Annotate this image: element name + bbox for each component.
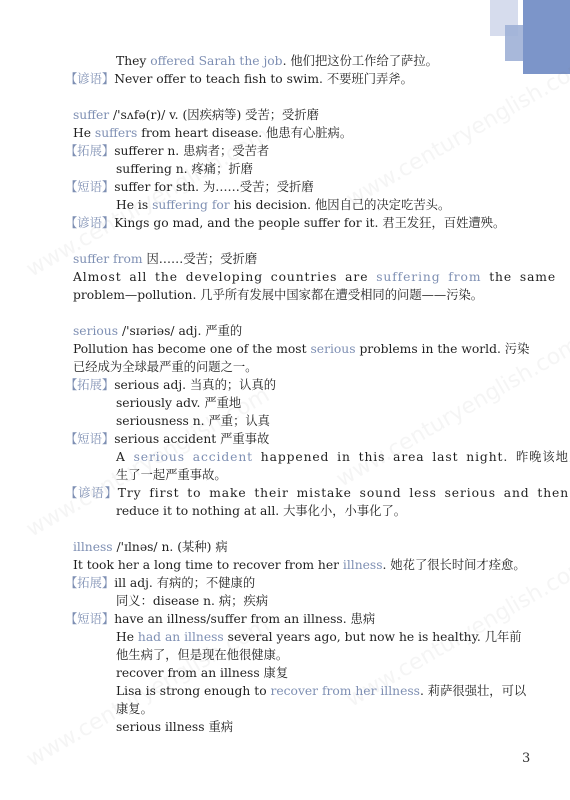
example-sentence: Almost all the developing countries are … [73,268,503,286]
phrase-example: A serious accident happened in this area… [73,448,503,466]
example-sentence-cont: problem—pollution. 几乎所有发展中国家都在遭受相同的问题——污… [73,286,503,304]
extension-line: seriously adv. 严重地 [73,394,503,412]
example-sentence-cont: 已经成为全球最严重的问题之一。 [73,358,503,376]
example-sentence: Pollution has become one of the most ser… [73,340,503,358]
proverb-tag: 【谚语】 [65,216,114,230]
corner-decoration-dark [523,0,570,74]
extension-line: 【拓展】sufferer n. 患病者；受苦者 [73,142,503,160]
headword: illness [73,540,113,554]
entry-illness: illness /'ɪlnəs/ n. (某种) 病 [73,538,503,556]
phrase-example-cont: 康复。 [73,700,503,718]
proverb-tag: 【谚语】 [65,486,118,500]
proverb-line: 【谚语】Kings go mad, and the people suffer … [73,214,503,232]
example-sentence: It took her a long time to recover from … [73,556,503,574]
phrase-example-cont: 生了一起严重事故。 [73,466,503,484]
headword: suffer [73,108,109,122]
headword: serious [73,324,118,338]
page-number: 3 [522,751,530,766]
extension-tag: 【拓展】 [65,144,114,158]
proverb-tag: 【谚语】 [65,72,114,86]
proverb-cont: reduce it to nothing at all. 大事化小，小事化了。 [73,502,503,520]
phrase-line: serious illness 重病 [73,718,503,736]
phrase-tag: 【短语】 [65,432,114,446]
extension-line: suffering n. 疼痛；折磨 [73,160,503,178]
extension-tag: 【拓展】 [65,576,114,590]
entry-suffer: suffer /'sʌfə(r)/ v. (因疾病等) 受苦；受折磨 [73,106,503,124]
extension-line: seriousness n. 严重；认真 [73,412,503,430]
phrase-line: recover from an illness 康复 [73,664,503,682]
phrase-example: He had an illness several years ago, but… [73,628,503,646]
phrase-example: He is suffering for his decision. 他因自己的决… [73,196,503,214]
proverb-line: 【谚语】Never offer to teach fish to swim. 不… [73,70,503,88]
extension-tag: 【拓展】 [65,378,114,392]
phrase-tag: 【短语】 [65,180,114,194]
entry-serious: serious /'sɪəriəs/ adj. 严重的 [73,322,503,340]
phrase-example-cont: 他生病了，但是现在他很健康。 [73,646,503,664]
headword: suffer from [73,252,143,266]
phrase-line: 【短语】serious accident 严重事故 [73,430,503,448]
extension-line: 【拓展】serious adj. 当真的；认真的 [73,376,503,394]
definition: /'sʌfə(r)/ v. (因疾病等) 受苦；受折磨 [109,108,319,122]
phrase-line: 【短语】suffer for sth. 为……受苦；受折磨 [73,178,503,196]
highlighted-phrase: offered Sarah the job [150,54,282,68]
phrase-line: 【短语】have an illness/suffer from an illne… [73,610,503,628]
example-sentence: They offered Sarah the job. 他们把这份工作给了萨拉。 [73,52,503,70]
extension-line: 同义：disease n. 病；疾病 [73,592,503,610]
example-sentence: He suffers from heart disease. 他患有心脏病。 [73,124,503,142]
proverb-line: 【谚语】Try first to make their mistake soun… [73,484,503,502]
entry-suffer-from: suffer from 因……受苦；受折磨 [73,250,503,268]
extension-line: 【拓展】ill adj. 有病的；不健康的 [73,574,503,592]
phrase-tag: 【短语】 [65,612,114,626]
dictionary-page: They offered Sarah the job. 他们把这份工作给了萨拉。… [73,52,503,736]
phrase-example: Lisa is strong enough to recover from he… [73,682,503,700]
